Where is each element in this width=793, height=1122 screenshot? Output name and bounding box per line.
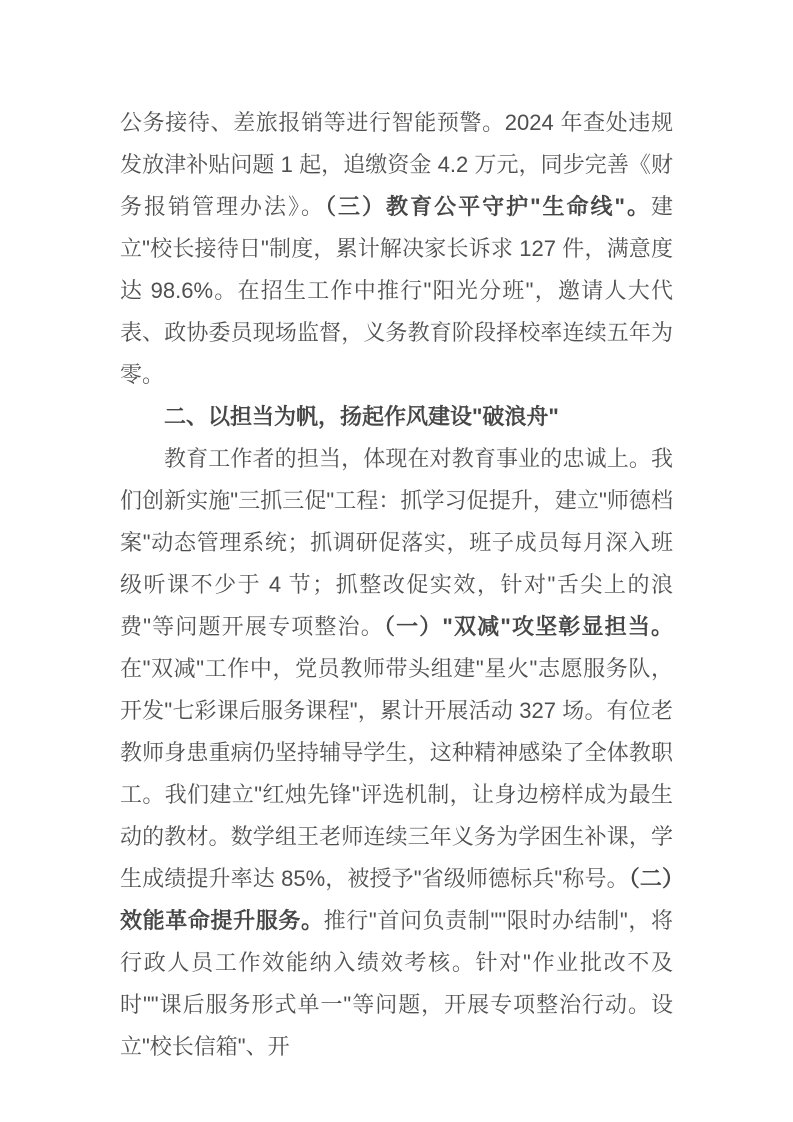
paragraph: 教育工作者的担当，体现在对教育事业的忠诚上。我们创新实施"三抓三促"工程：抓学习… — [120, 438, 673, 1068]
bold-text-run: 二、以担当为帆，扬起作风建设"破浪舟" — [164, 404, 559, 429]
document-page: 公务接待、差旅报销等进行智能预警。2024 年查处违规发放津补贴问题 1 起，追… — [0, 0, 793, 1122]
document-text-body: 公务接待、差旅报销等进行智能预警。2024 年查处违规发放津补贴问题 1 起，追… — [120, 102, 673, 1068]
section-heading: 二、以担当为帆，扬起作风建设"破浪舟" — [120, 396, 673, 438]
paragraph: 公务接待、差旅报销等进行智能预警。2024 年查处违规发放津补贴问题 1 起，追… — [120, 102, 673, 396]
bold-text-run: （一）"双减"攻坚彰显担当。 — [384, 614, 673, 639]
text-run: 在"双减"工作中，党员教师带头组建"星火"志愿服务队，开发"七彩课后服务课程"，… — [120, 656, 673, 891]
bold-text-run: （三）教育公平守护"生命线"。 — [325, 194, 651, 219]
text-run: 教育工作者的担当，体现在对教育事业的忠诚上。我们创新实施"三抓三促"工程：抓学习… — [120, 446, 673, 639]
text-run: 建立"校长接待日"制度，累计解决家长诉求 127 件，满意度达 98.6%。在招… — [120, 194, 673, 387]
